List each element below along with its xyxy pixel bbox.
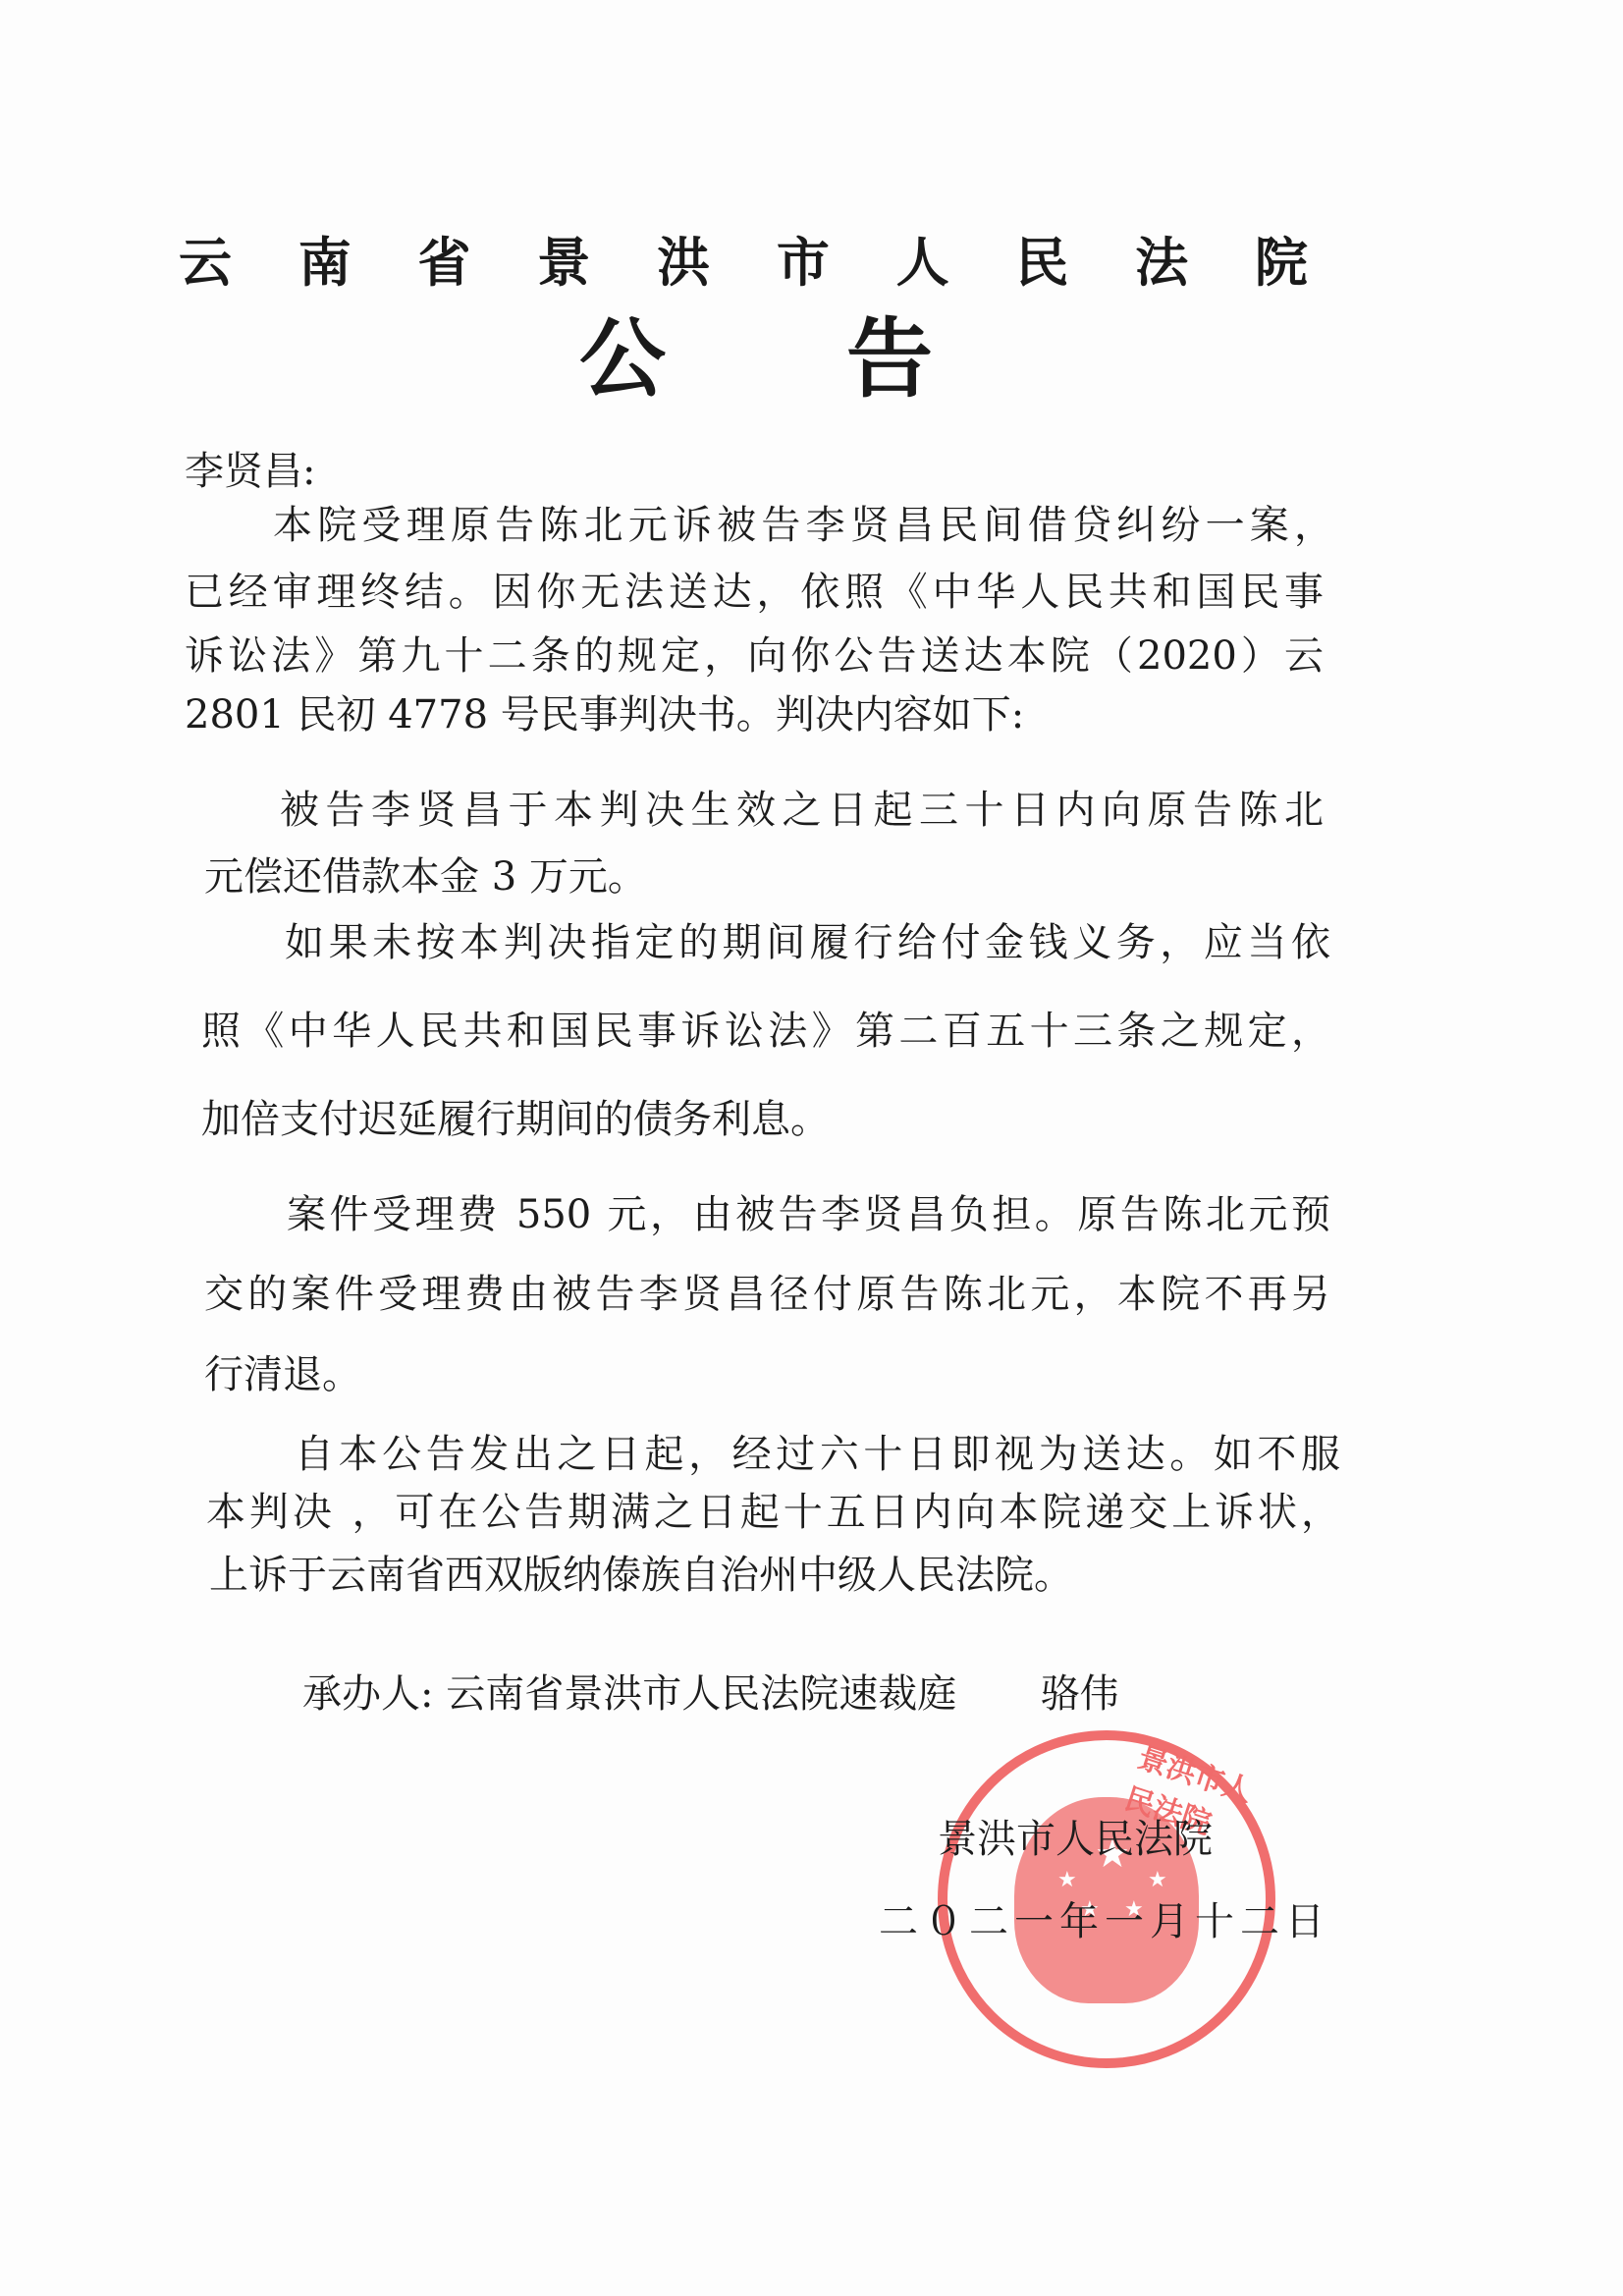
body-line: 已经审理终结。因你无法送达，依照《中华人民共和国民事 bbox=[185, 568, 1324, 617]
body-line: 本判决 ，可在公告期满之日起十五日内向本院递交上诉状， bbox=[206, 1488, 1340, 1537]
addressee: 李贤昌: bbox=[185, 447, 315, 496]
title-char: 省 bbox=[418, 232, 471, 295]
body-line: 案件受理费 550 元，由被告李贤昌负担。原告陈北元预 bbox=[287, 1190, 1330, 1239]
body-line: 2801 民初 4778 号民事判决书。判决内容如下: bbox=[185, 690, 1024, 739]
court-name-heading: 云 南 省 景 洪 市 人 民 法 院 bbox=[179, 232, 1308, 295]
body-line: 诉讼法》第九十二条的规定，向你公告送达本院（2020）云 bbox=[185, 631, 1324, 681]
title-char: 民 bbox=[1015, 232, 1068, 295]
body-line: 元偿还借款本金 3 万元。 bbox=[204, 852, 647, 902]
body-line: 自本公告发出之日起，经过六十日即视为送达。如不服 bbox=[295, 1430, 1340, 1479]
title-char: 市 bbox=[777, 232, 830, 295]
notice-char: 公 bbox=[579, 310, 666, 409]
body-line: 上诉于云南省西双版纳傣族自治州中级人民法院。 bbox=[209, 1551, 1073, 1600]
court-notice-page: 云 南 省 景 洪 市 人 民 法 院 公 告 李贤昌: 本院受理原告陈北元诉被… bbox=[0, 0, 1623, 2296]
title-char: 景 bbox=[537, 232, 590, 295]
handler-department: 云南省景洪市人民法院速裁庭 bbox=[446, 1671, 956, 1717]
title-char: 法 bbox=[1135, 232, 1188, 295]
body-line: 行清退。 bbox=[204, 1350, 361, 1399]
body-line: 被告李贤昌于本判决生效之日起三十日内向原告陈北 bbox=[280, 786, 1324, 835]
handler-line: 承办人: 云南省景洪市人民法院速裁庭 骆伟 bbox=[302, 1669, 1119, 1719]
body-line: 照《中华人民共和国民事诉讼法》第二百五十三条之规定， bbox=[201, 1007, 1330, 1056]
body-line: 如果未按本判决指定的期间履行给付金钱义务，应当依 bbox=[285, 918, 1330, 967]
body-line: 加倍支付迟延履行期间的债务利息。 bbox=[201, 1095, 830, 1144]
handler-label: 承办人: bbox=[302, 1671, 433, 1717]
star-icon: ★ bbox=[1057, 1870, 1077, 1891]
star-icon: ★ bbox=[1148, 1870, 1167, 1891]
notice-char: 告 bbox=[846, 310, 933, 409]
title-char: 洪 bbox=[657, 232, 710, 295]
handler-name: 骆伟 bbox=[1041, 1671, 1119, 1717]
notice-heading: 公 告 bbox=[579, 310, 933, 409]
body-line: 交的案件受理费由被告李贤昌径付原告陈北元，本院不再另 bbox=[204, 1270, 1330, 1319]
issuer-name: 景洪市人民法院 bbox=[938, 1815, 1213, 1864]
title-char: 云 bbox=[179, 232, 232, 295]
issue-date: 二０二一年一月十二日 bbox=[879, 1897, 1330, 1946]
title-char: 南 bbox=[298, 232, 352, 295]
title-char: 人 bbox=[896, 232, 949, 295]
body-line: 本院受理原告陈北元诉被告李贤昌民间借贷纠纷一案， bbox=[273, 501, 1333, 550]
title-char: 院 bbox=[1255, 232, 1308, 295]
